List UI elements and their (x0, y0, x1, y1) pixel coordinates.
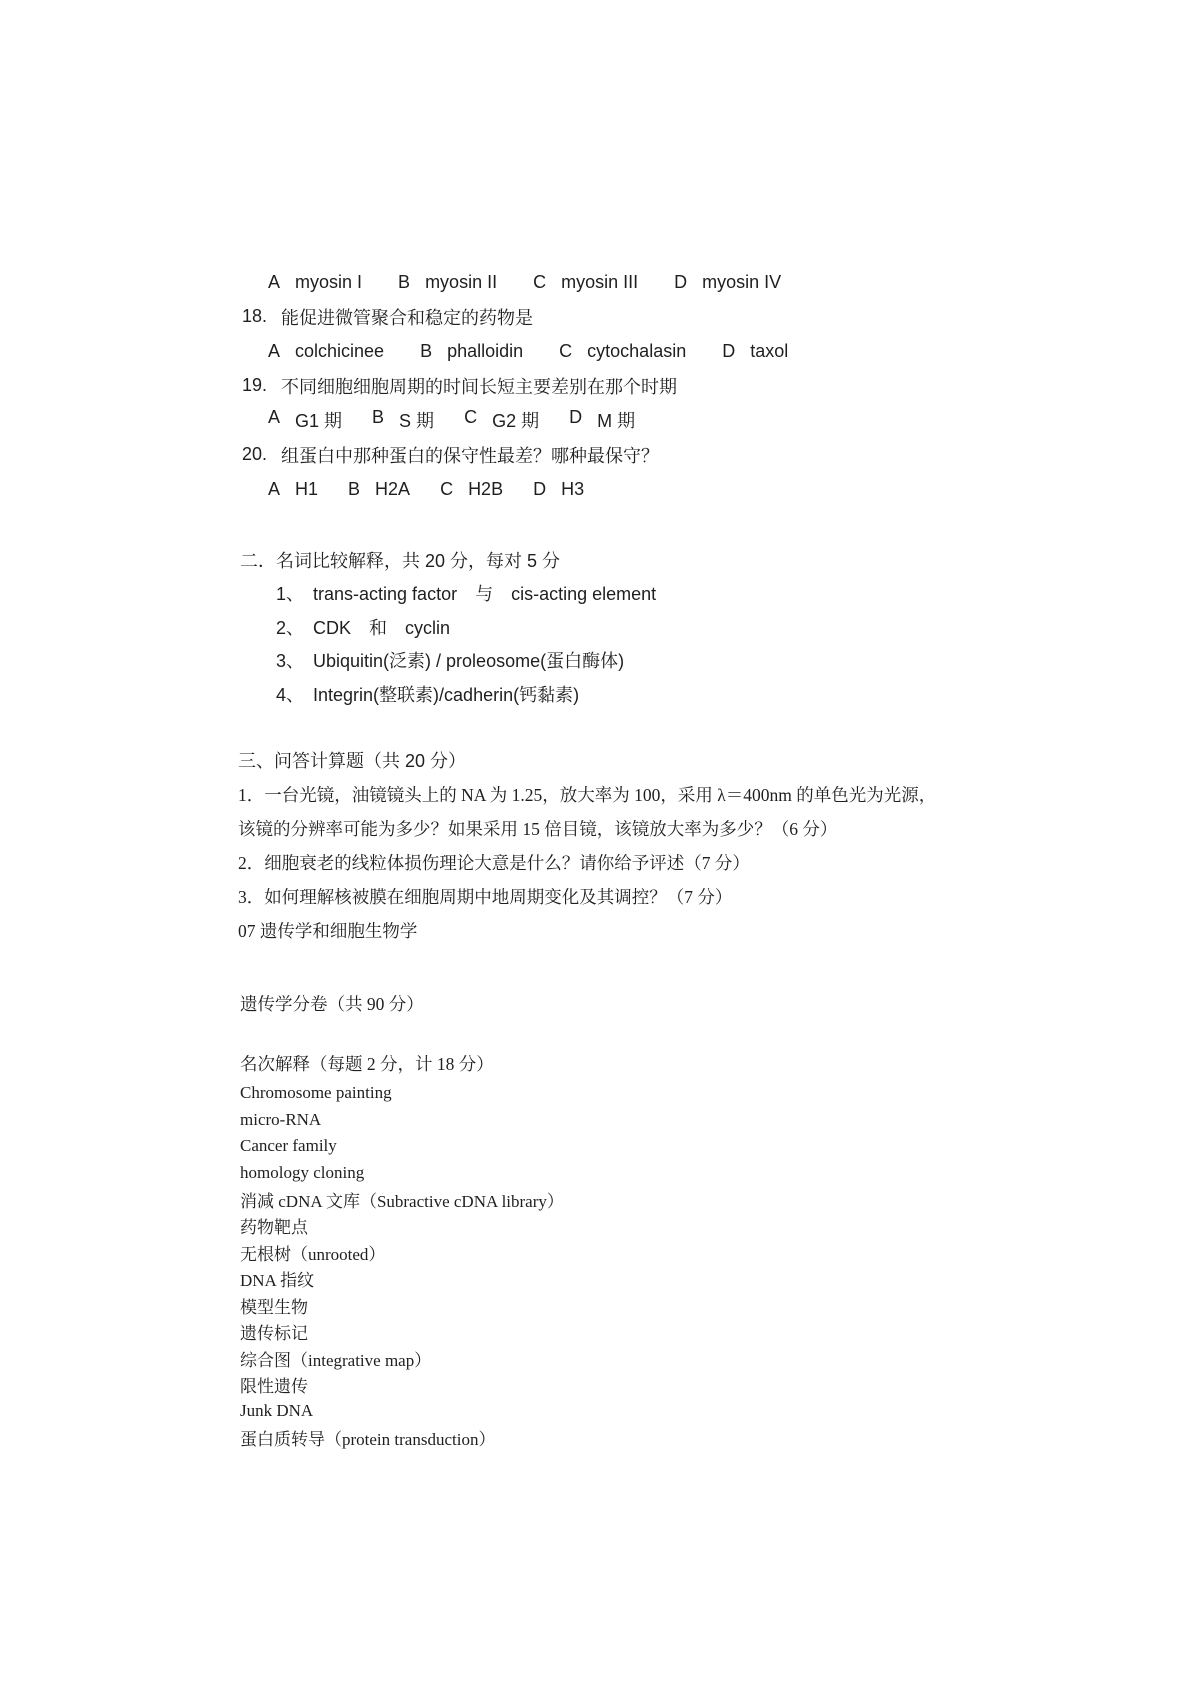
term-pair-item: 1、 trans-acting factor 与 cis-acting elem… (276, 577, 1190, 611)
genetics-terms-heading: 名次解释（每题 2 分，计 18 分） (240, 1046, 1190, 1080)
item-number: 3、 (276, 647, 304, 673)
option-letter: A (268, 407, 280, 433)
mc-option: A G1 期 (268, 407, 342, 433)
option-label: cytochalasin (587, 341, 686, 362)
term-pair-item: 4、 Integrin(整联素)/cadherin(钙黏素) (276, 677, 1190, 711)
question-text: 组蛋白中那种蛋白的保守性最差？哪种最保守？ (281, 442, 659, 468)
option-letter: D (533, 479, 546, 500)
glossary-item: 综合图（integrative map） (240, 1345, 1190, 1372)
option-letter: A (268, 272, 280, 293)
option-label: phalloidin (447, 341, 523, 362)
mc-option: D M 期 (569, 407, 635, 433)
item-text: Integrin(整联素)/cadherin(钙黏素) (313, 681, 579, 707)
document-page: A myosin I B myosin II C myosin III D my… (0, 0, 1190, 1683)
glossary-item: 蛋白质转导（protein transduction） (240, 1425, 1190, 1452)
option-letter: B (372, 407, 384, 433)
option-letter: B (348, 479, 360, 500)
option-letter: C (559, 341, 572, 362)
genetics-section: 遗传学分卷（共 90 分） 名次解释（每题 2 分，计 18 分） Chromo… (0, 986, 1190, 1451)
option-letter: A (268, 479, 280, 500)
item-text: trans-acting factor 与 cis-acting element (313, 580, 656, 606)
item-number: 4、 (276, 681, 304, 707)
glossary-item: 无根树（unrooted） (240, 1239, 1190, 1266)
option-label: myosin I (295, 272, 362, 293)
question-19-line: 19. 不同细胞细胞周期的时间长短主要差别在那个时期 (242, 369, 1190, 404)
item-text: Ubiquitin(泛素) / proleosome(蛋白酶体) (313, 647, 624, 673)
mc-option: D H3 (533, 479, 584, 500)
terms-comparison-section: 二．名词比较解释，共 20 分，每对 5 分 1、 trans-acting f… (0, 543, 1190, 711)
item-number: 2、 (276, 614, 304, 640)
glossary-item: DNA 指纹 (240, 1266, 1190, 1293)
option-letter: B (398, 272, 410, 293)
question-text: 不同细胞细胞周期的时间长短主要差别在那个时期 (281, 373, 677, 399)
option-label: myosin IV (702, 272, 781, 293)
option-letter: B (420, 341, 432, 362)
mc-option: C G2 期 (464, 407, 539, 433)
mc-option: C myosin III (533, 272, 638, 293)
option-label: myosin III (561, 272, 638, 293)
question-20-line: 20. 组蛋白中那种蛋白的保守性最差？哪种最保守？ (242, 438, 1190, 473)
multiple-choice-section: A myosin I B myosin II C myosin III D my… (0, 265, 1190, 507)
option-row-q18: A colchicinee B phalloidin C cytochalasi… (268, 334, 1190, 369)
glossary-item: homology cloning (240, 1160, 1190, 1187)
mc-option: D myosin IV (674, 272, 781, 293)
option-letter: D (674, 272, 687, 293)
term-pair-item: 2、 CDK 和 cyclin (276, 610, 1190, 644)
mc-option: B H2A (348, 479, 410, 500)
option-label: G2 期 (492, 407, 539, 433)
option-label: myosin II (425, 272, 497, 293)
question-number: 19. (242, 375, 267, 396)
section-three-heading: 三、问答计算题（共 20 分） (238, 743, 1190, 777)
option-label: M 期 (597, 407, 635, 433)
option-letter: A (268, 341, 280, 362)
option-label: H1 (295, 479, 318, 500)
option-letter: C (533, 272, 546, 293)
genetics-subpaper-title: 遗传学分卷（共 90 分） (240, 986, 1190, 1020)
glossary-item: 药物靶点 (240, 1213, 1190, 1240)
option-label: colchicinee (295, 341, 384, 362)
option-letter: C (464, 407, 477, 433)
course-code-line: 07 遗传学和细胞生物学 (238, 913, 1190, 947)
item-number: 1、 (276, 580, 304, 606)
qa-section: 三、问答计算题（共 20 分） 1．一台光镜，油镜镜头上的 NA 为 1.25，… (0, 743, 1190, 947)
glossary-item: Cancer family (240, 1133, 1190, 1160)
glossary-item: 限性遗传 (240, 1372, 1190, 1399)
mc-option: A colchicinee (268, 341, 384, 362)
question-number: 20. (242, 444, 267, 465)
option-label: H2B (468, 479, 503, 500)
mc-option: C cytochalasin (559, 341, 686, 362)
option-row-q17: A myosin I B myosin II C myosin III D my… (268, 265, 1190, 300)
qa-question-line: 1．一台光镜，油镜镜头上的 NA 为 1.25，放大率为 100，采用 λ＝40… (238, 777, 1190, 811)
glossary-item: 遗传标记 (240, 1319, 1190, 1346)
qa-question-line: 该镜的分辨率可能为多少？如果采用 15 倍目镜，该镜放大率为多少？（6 分） (238, 811, 1190, 845)
option-row-q20: A H1 B H2A C H2B D H3 (268, 472, 1190, 507)
mc-option: A myosin I (268, 272, 362, 293)
question-number: 18. (242, 306, 267, 327)
term-pair-item: 3、 Ubiquitin(泛素) / proleosome(蛋白酶体) (276, 644, 1190, 678)
glossary-item: Chromosome painting (240, 1080, 1190, 1107)
option-label: S 期 (399, 407, 434, 433)
question-text: 能促进微管聚合和稳定的药物是 (281, 304, 533, 330)
mc-option: B myosin II (398, 272, 497, 293)
mc-option: B phalloidin (420, 341, 523, 362)
option-letter: D (722, 341, 735, 362)
mc-option: B S 期 (372, 407, 434, 433)
option-label: taxol (750, 341, 788, 362)
option-letter: C (440, 479, 453, 500)
glossary-item: Junk DNA (240, 1398, 1190, 1425)
mc-option: D taxol (722, 341, 788, 362)
mc-option: C H2B (440, 479, 503, 500)
qa-question-line: 3．如何理解核被膜在细胞周期中地周期变化及其调控？（7 分） (238, 879, 1190, 913)
section-two-heading: 二．名词比较解释，共 20 分，每对 5 分 (240, 543, 1190, 577)
item-text: CDK 和 cyclin (313, 614, 450, 640)
option-label: H2A (375, 479, 410, 500)
option-label: G1 期 (295, 407, 342, 433)
glossary-item: 模型生物 (240, 1292, 1190, 1319)
option-letter: D (569, 407, 582, 433)
question-18-line: 18. 能促进微管聚合和稳定的药物是 (242, 300, 1190, 335)
option-row-q19: A G1 期 B S 期 C G2 期 D M 期 (268, 403, 1190, 438)
mc-option: A H1 (268, 479, 318, 500)
glossary-item: micro-RNA (240, 1107, 1190, 1134)
option-label: H3 (561, 479, 584, 500)
qa-question-line: 2．细胞衰老的线粒体损伤理论大意是什么？请你给予评述（7 分） (238, 845, 1190, 879)
glossary-item: 消减 cDNA 文库（Subractive cDNA library） (240, 1186, 1190, 1213)
